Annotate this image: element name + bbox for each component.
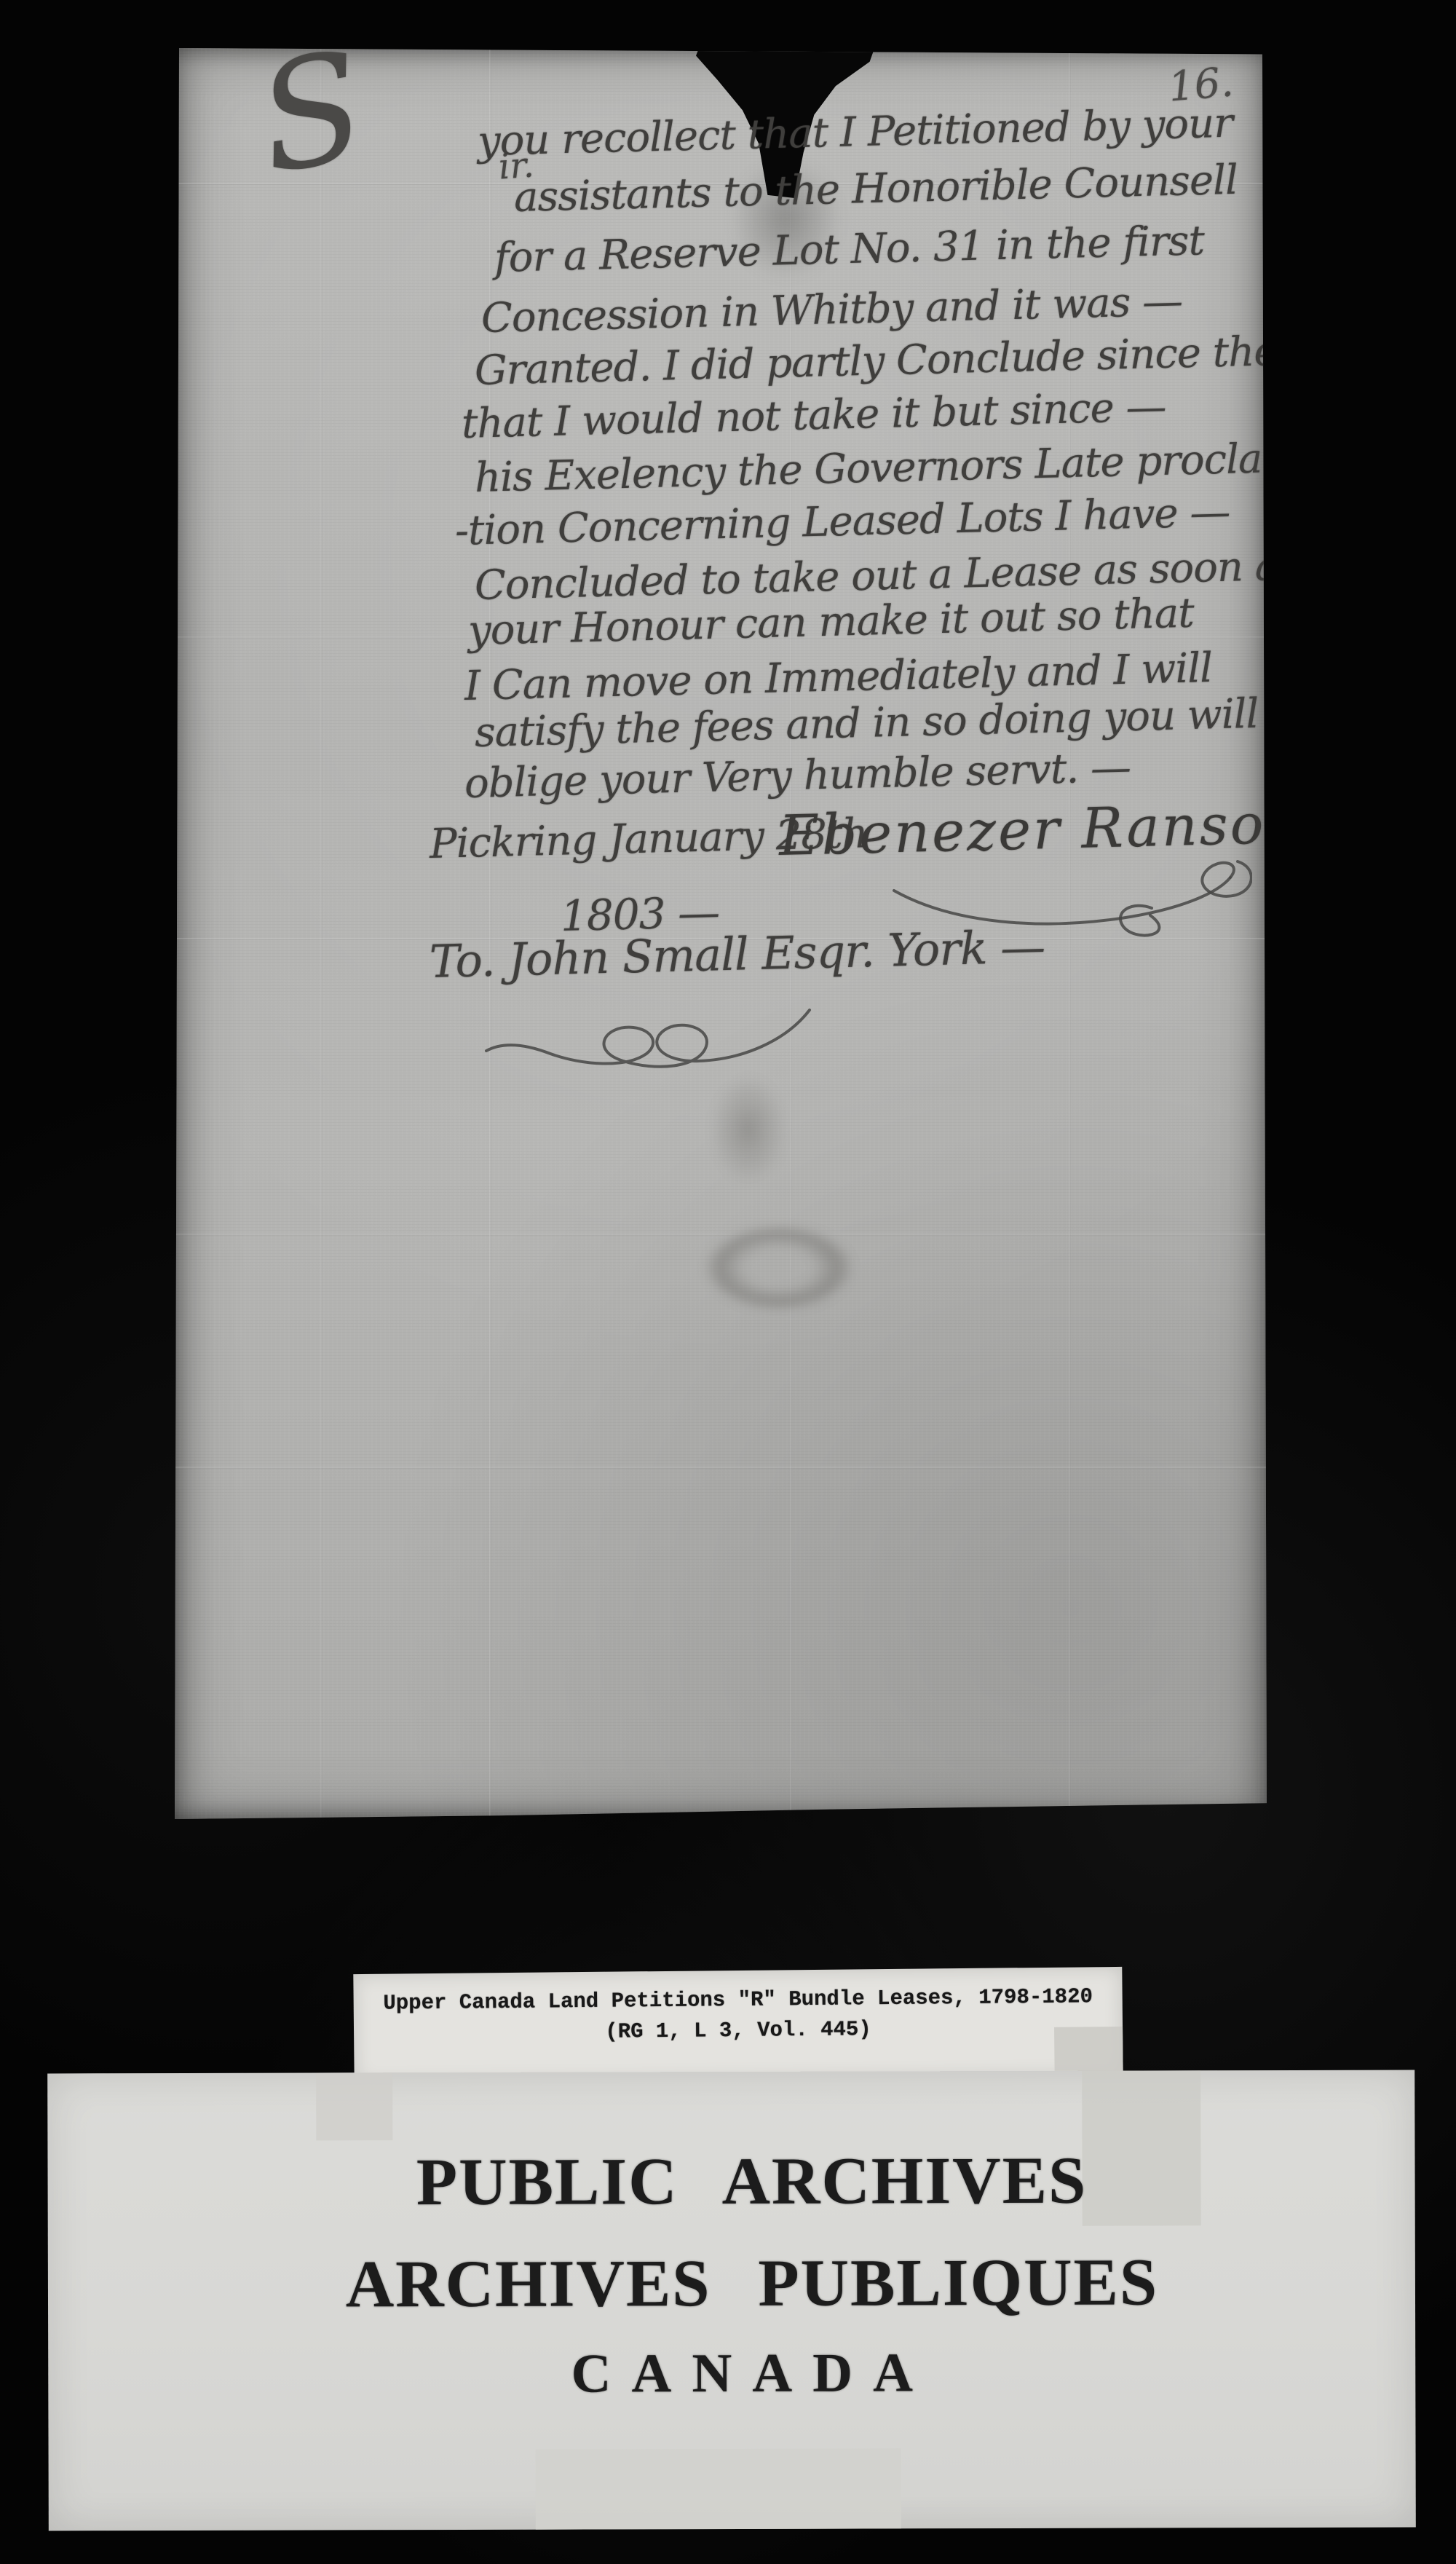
ink-bleed-stain [697,1057,799,1202]
label-reference: (RG 1, L 3, Vol. 445) [354,2015,1123,2046]
tape-mark [316,2072,392,2140]
archive-reference-label: Upper Canada Land Petitions "R" Bundle L… [353,1967,1123,2083]
letter-line: Granted. I did partly Conclude since the… [474,331,1303,392]
paper-crease [175,1467,1267,1469]
salutation-initial: S [248,31,375,196]
signature: Ebenezer Ransom [778,795,1321,864]
photograph-background: 16. S ir. you recollect that I Petitione… [0,0,1456,2564]
letter-line: assistants to the Honorible Counsell [513,160,1238,218]
letter-line: Concession in Whitby and it was — [480,281,1182,339]
ink-bleed-stain [684,1213,874,1322]
tape-mark [536,2448,901,2529]
letter-line: that I would not take it but since — [461,387,1166,445]
paper-crease [175,1234,1267,1236]
public-archives-card: PUBLIC ARCHIVES ARCHIVES PUBLIQUES CANAD… [47,2070,1416,2531]
card-title-english: PUBLIC ARCHIVES [68,2145,1435,2216]
addressee-flourish [480,991,815,1075]
letter-line: you recollect that I Petitioned by your [477,103,1233,162]
addressee: To. John Small Esqr. York — [429,924,1045,985]
paper-crease [320,48,323,1819]
letter-line: oblige your Very humble servt. — [464,748,1131,805]
letter-line: for a Reserve Lot No. 31 in the first [494,221,1204,279]
petition-page: 16. S ir. you recollect that I Petitione… [175,48,1267,1819]
card-title-french: ARCHIVES PUBLIQUES [68,2247,1436,2318]
label-title: Upper Canada Land Petitions "R" Bundle L… [354,1984,1123,2016]
letter-line: -tion Concerning Leased Lots I have — [454,492,1230,552]
card-title-canada: CANADA [68,2343,1436,2402]
